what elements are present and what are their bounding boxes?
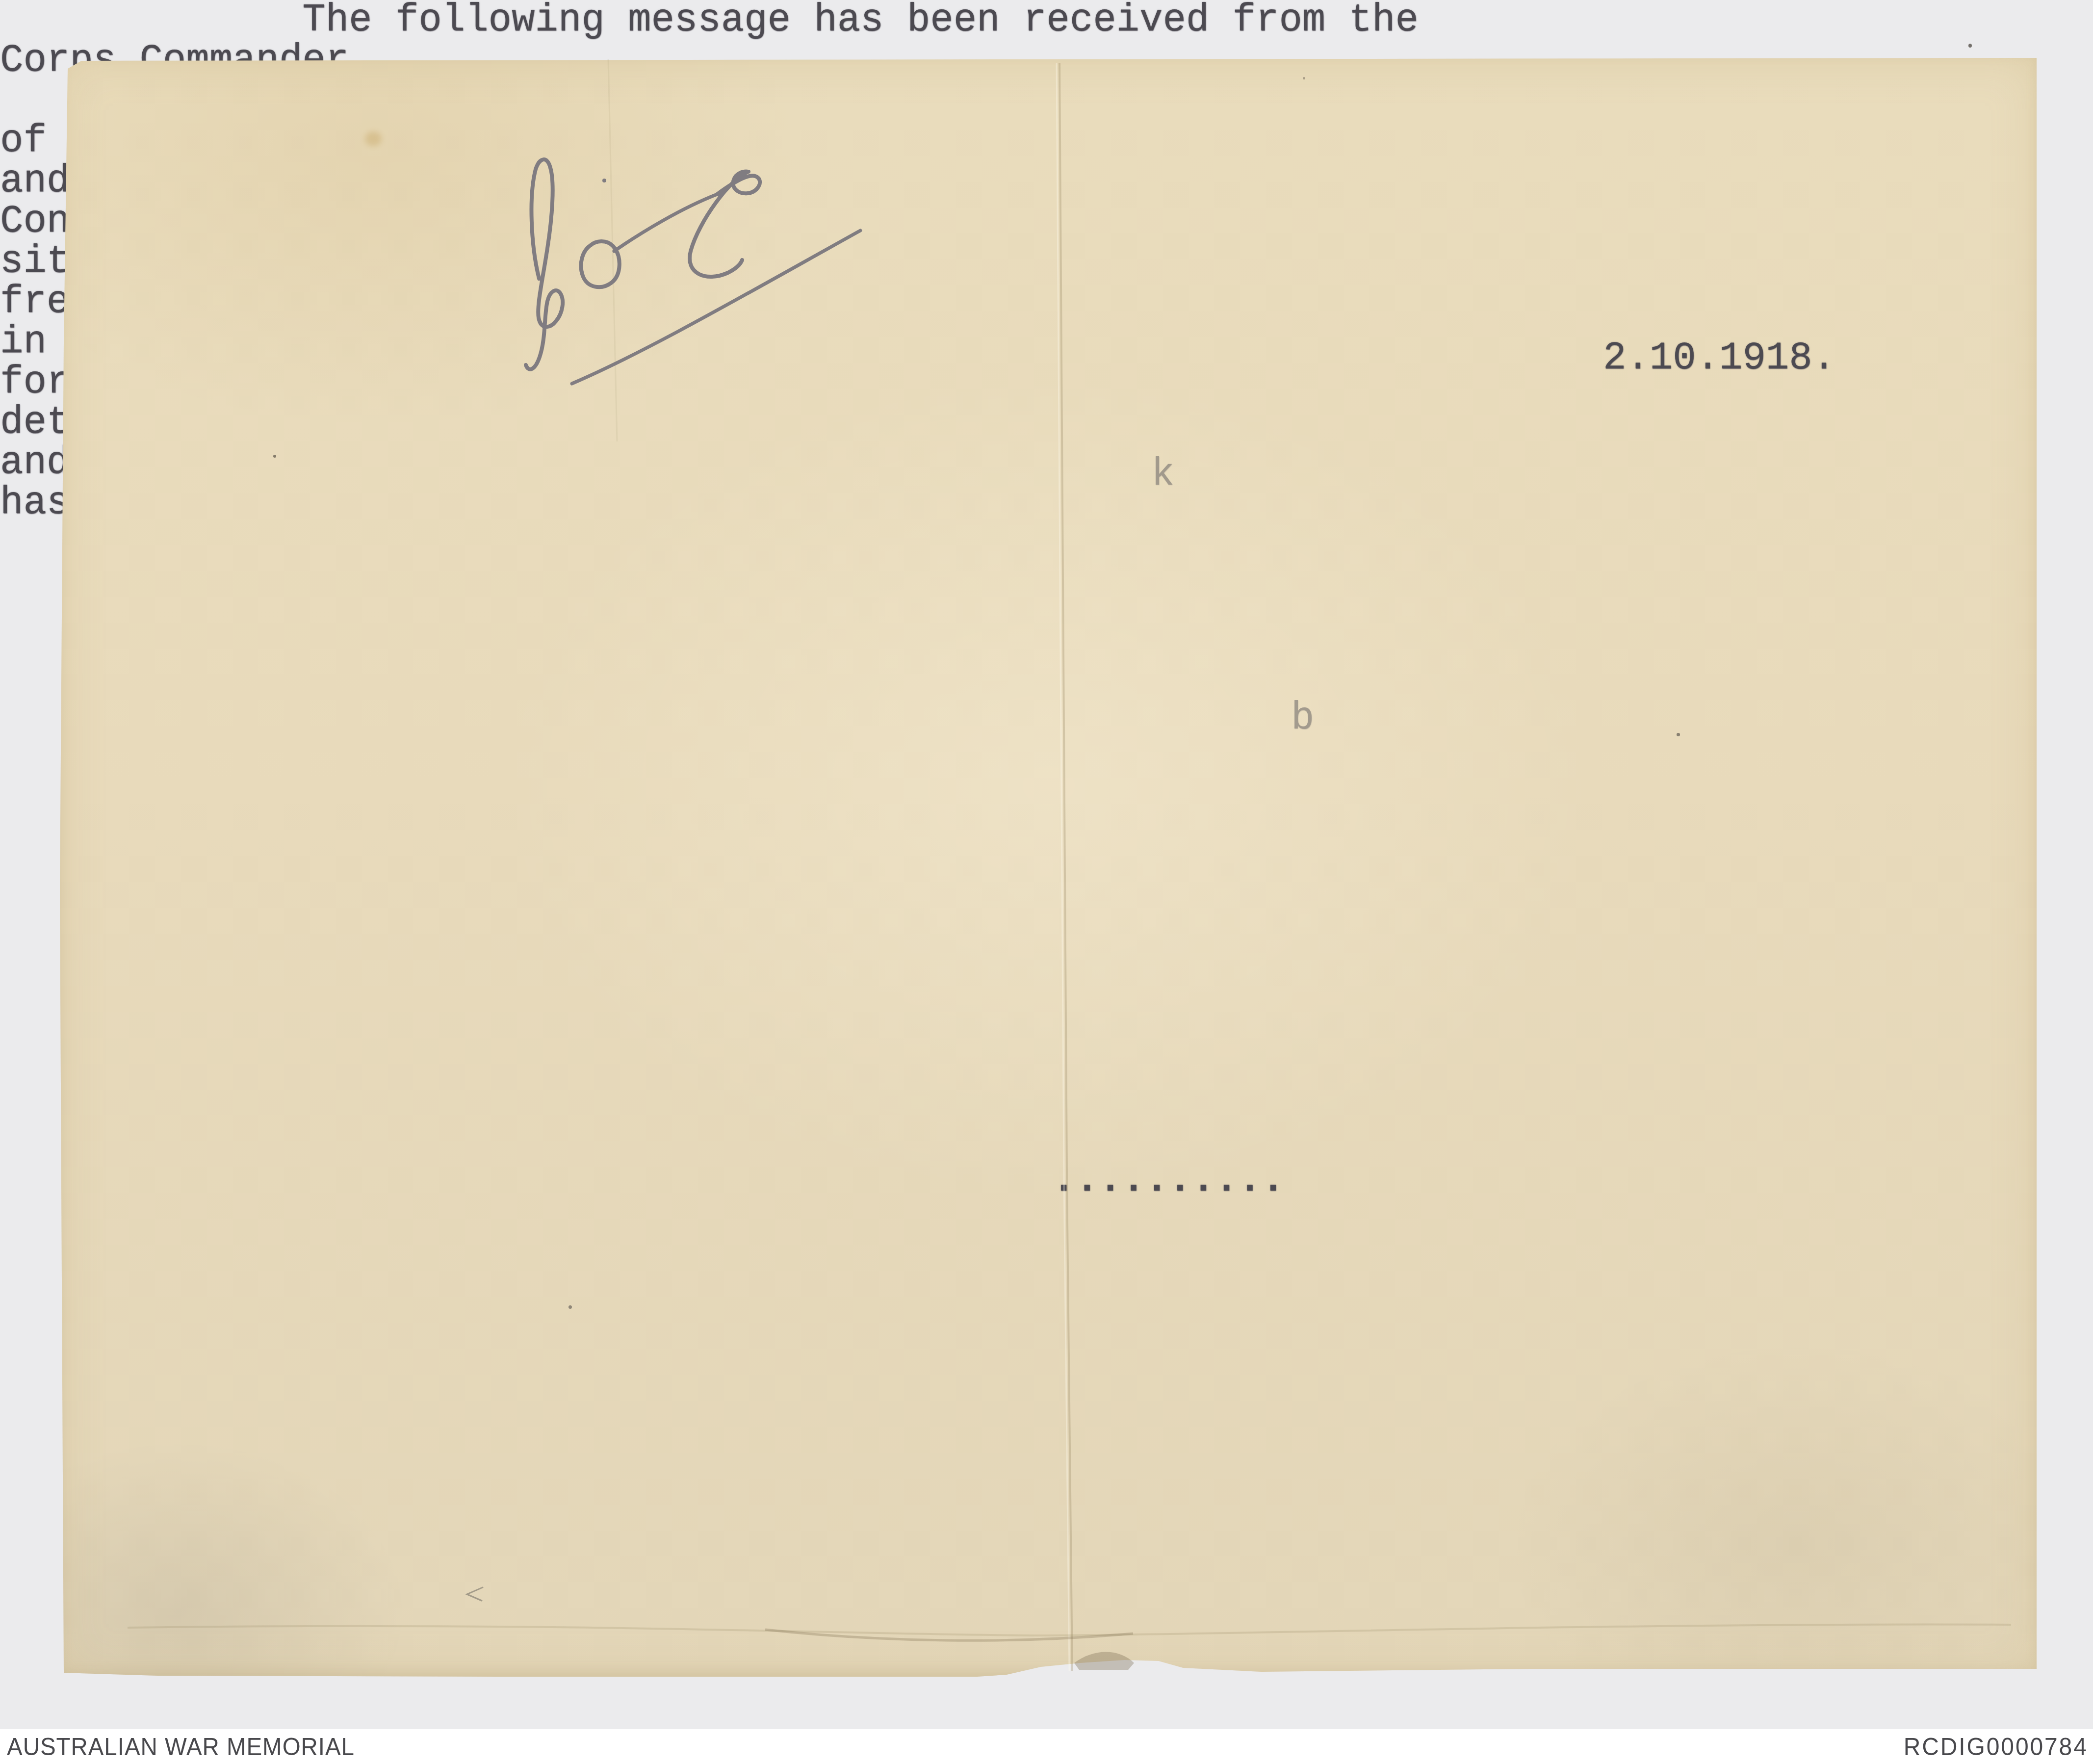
paper-stain (365, 131, 382, 146)
dust-speck (1968, 44, 1972, 48)
dotted-separator-line: .......... (1052, 1160, 1285, 1200)
overstrike-char: k (1151, 454, 1174, 494)
typed-line: The following message has been received … (0, 0, 2093, 40)
dust-speck (1677, 733, 1680, 736)
paper-sheet (60, 57, 2038, 1677)
overstrike-char: b (1291, 698, 1314, 738)
scanned-document-page: 2.10.1918. The following message has bee… (0, 0, 2093, 1764)
footer-bar: AUSTRALIAN WAR MEMORIAL RCDIG0000784 (0, 1729, 2093, 1764)
dust-speck (568, 1305, 572, 1309)
date-line: 2.10.1918. (1603, 338, 1835, 378)
footer-record-id: RCDIG0000784 (1904, 1733, 2088, 1761)
dust-speck (1303, 77, 1305, 79)
dust-speck (273, 455, 276, 458)
footer-institution-label: AUSTRALIAN WAR MEMORIAL (7, 1733, 355, 1761)
